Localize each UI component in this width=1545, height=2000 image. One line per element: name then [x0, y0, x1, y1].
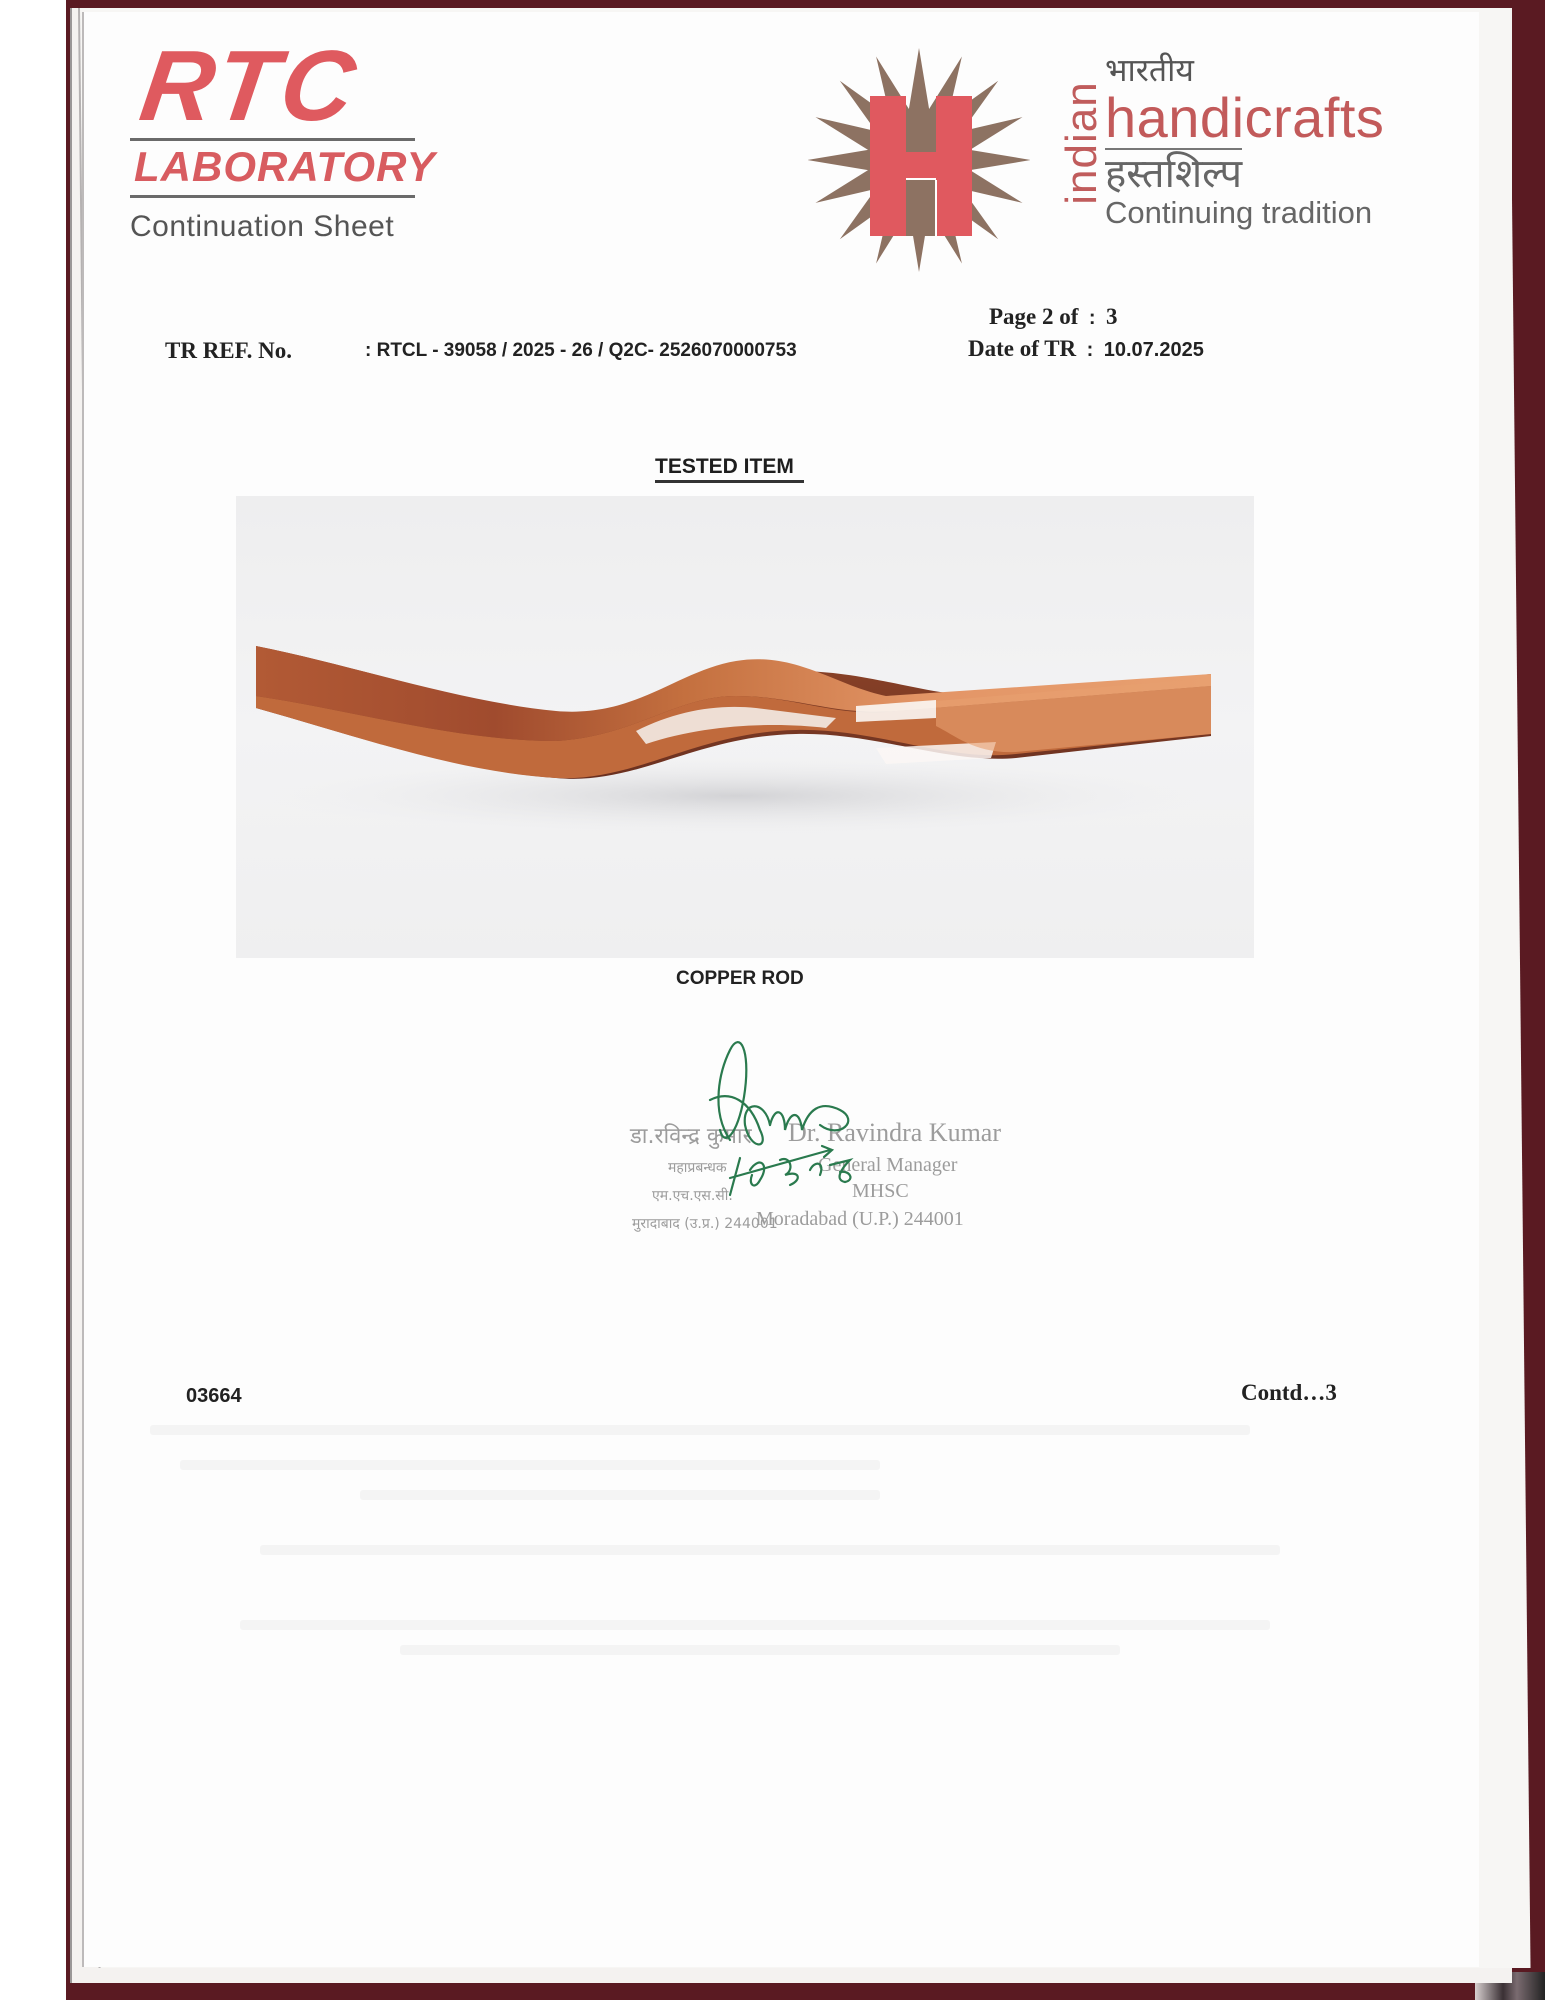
continued-marker: Contd…3 [1241, 1380, 1337, 1406]
rtc-laboratory-logo: RTC LABORATORY Continuation Sheet [130, 40, 430, 244]
handicrafts-word: handicrafts [1105, 88, 1384, 148]
show-through-text [260, 1545, 1280, 1555]
page-total: 3 [1106, 304, 1118, 329]
handwritten-signature [690, 1030, 920, 1210]
show-through-text [360, 1490, 880, 1500]
date-label: Date of TR [968, 336, 1076, 362]
tr-ref-value: : RTCL - 39058 / 2025 - 26 / Q2C- 252607… [365, 340, 797, 362]
show-through-text [400, 1645, 1120, 1655]
stamp-city: Moradabad (U.P.) 244001 [756, 1208, 964, 1231]
date-value: 10.07.2025 [1104, 339, 1204, 361]
rtc-logo-mark: RTC [136, 40, 437, 132]
hindi-bhartiya: भारतीय [1105, 52, 1384, 88]
logo-tagline: Continuing tradition [1105, 196, 1384, 230]
item-caption: COPPER ROD [676, 968, 804, 990]
separator: : [1089, 307, 1096, 329]
tr-ref-label: TR REF. No. [165, 338, 292, 364]
report-meta: Page 2 of : 3 Date of TR : 10.07.2025 [968, 304, 1204, 368]
tested-item-heading: TESTED ITEM [655, 455, 804, 483]
rtc-logo-name: LABORATORY [134, 141, 430, 193]
indian-handicrafts-logo: भारतीय handicrafts हस्तशिल्प Continuing … [1105, 52, 1384, 230]
date-of-tr: Date of TR : 10.07.2025 [968, 336, 1204, 368]
show-through-text [180, 1460, 880, 1470]
show-through-text [240, 1620, 1270, 1630]
hindi-hastshilp: हस्तशिल्प [1105, 148, 1242, 196]
show-through-text [150, 1425, 1250, 1435]
indian-vertical-text: indian [1062, 58, 1102, 228]
sheet-type: Continuation Sheet [130, 210, 430, 244]
copper-rod-photo [236, 496, 1254, 958]
logo-rule [130, 195, 415, 198]
page-indicator: Page 2 of : 3 [968, 304, 1204, 336]
indian-word: indian [1057, 81, 1107, 204]
separator: : [1087, 339, 1094, 361]
document-number: 03664 [186, 1385, 242, 1408]
page-label: Page 2 of [989, 304, 1078, 330]
page-content: RTC LABORATORY Continuation Sheet indian… [0, 0, 1545, 2000]
star-h-emblem-icon [808, 40, 1030, 272]
